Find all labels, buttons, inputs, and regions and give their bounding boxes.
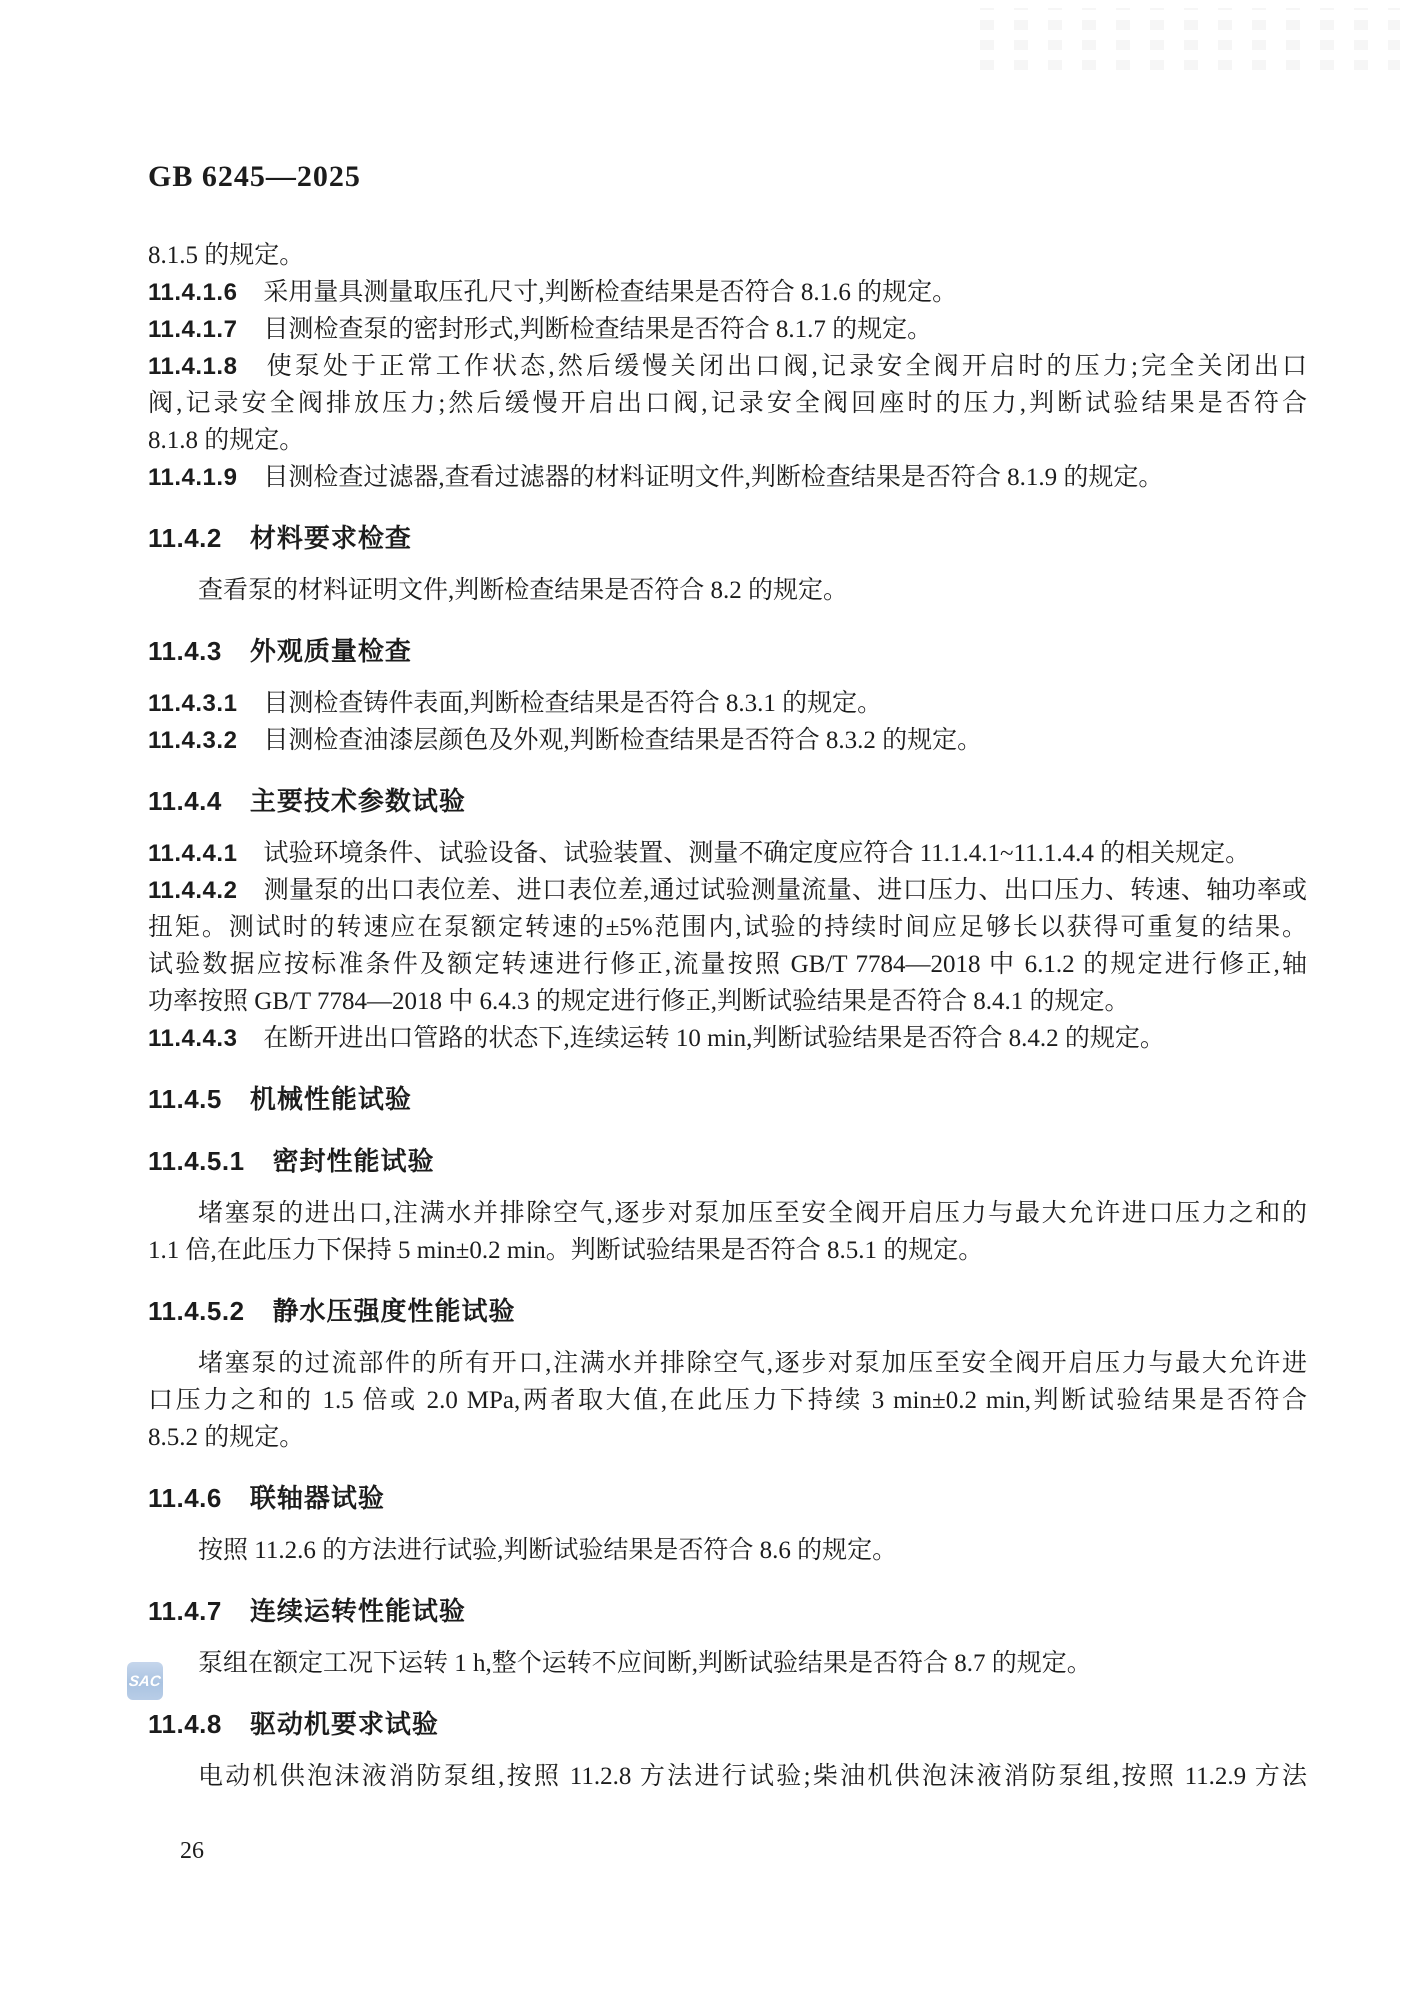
- section-number: 11.4.5.1: [148, 1146, 245, 1176]
- clause-block: 11.4.4.3在断开进出口管路的状态下,连续运转 10 min,判断试验结果是…: [148, 1020, 1307, 1057]
- body-line: 泵组在额定工况下运转 1 h,整个运转不应间断,判断试验结果是否符合 8.7 的…: [148, 1645, 1307, 1682]
- section-title: 主要技术参数试验: [250, 786, 466, 816]
- section-heading: 11.4.3外观质量检查: [148, 633, 1307, 671]
- clause-block: 11.4.3.2目测检查油漆层颜色及外观,判断检查结果是否符合 8.3.2 的规…: [148, 722, 1307, 759]
- body-line: 11.4.4.2测量泵的出口表位差、进口表位差,通过试验测量流量、进口压力、出口…: [148, 872, 1307, 909]
- body-line: 试验数据应按标准条件及额定转速进行修正,流量按照 GB/T 7784—2018 …: [148, 946, 1307, 983]
- body-line: 功率按照 GB/T 7784—2018 中 6.4.3 的规定进行修正,判断试验…: [148, 983, 1307, 1020]
- clause-block: 11.4.3.1目测检查铸件表面,判断检查结果是否符合 8.3.1 的规定。: [148, 685, 1307, 722]
- clause-text: 目测检查泵的密封形式,判断检查结果是否符合 8.1.7 的规定。: [263, 316, 932, 343]
- section-title: 联轴器试验: [250, 1483, 385, 1513]
- body-line: 堵塞泵的进出口,注满水并排除空气,逐步对泵加压至安全阀开启压力与最大允许进口压力…: [148, 1195, 1307, 1232]
- body-line: 堵塞泵的过流部件的所有开口,注满水并排除空气,逐步对泵加压至安全阀开启压力与最大…: [148, 1345, 1307, 1382]
- section-title: 静水压强度性能试验: [273, 1296, 516, 1326]
- sac-watermark-logo: SAC: [127, 1662, 163, 1700]
- clause-text: 目测检查油漆层颜色及外观,判断检查结果是否符合 8.3.2 的规定。: [263, 727, 982, 754]
- section-heading: 11.4.4主要技术参数试验: [148, 783, 1307, 821]
- section-number: 11.4.7: [148, 1596, 222, 1626]
- clause-text: 试验环境条件、试验设备、试验装置、测量不确定度应符合 11.1.4.1~11.1…: [263, 840, 1250, 867]
- paragraph-block: 按照 11.2.6 的方法进行试验,判断试验结果是否符合 8.6 的规定。: [148, 1532, 1307, 1569]
- content-column: 8.1.5 的规定。11.4.1.6采用量具测量取压孔尺寸,判断检查结果是否符合…: [148, 237, 1307, 1795]
- section-number: 11.4.2: [148, 523, 222, 553]
- body-line: 8.1.5 的规定。: [148, 237, 1307, 274]
- body-line: 11.4.3.2目测检查油漆层颜色及外观,判断检查结果是否符合 8.3.2 的规…: [148, 722, 1307, 759]
- section-title: 驱动机要求试验: [250, 1709, 439, 1739]
- body-line: 11.4.1.6采用量具测量取压孔尺寸,判断检查结果是否符合 8.1.6 的规定…: [148, 274, 1307, 311]
- section-heading: 11.4.5机械性能试验: [148, 1081, 1307, 1119]
- body-line: 11.4.1.8使泵处于正常工作状态,然后缓慢关闭出口阀,记录安全阀开启时的压力…: [148, 348, 1307, 385]
- document-page: GB 6245—2025 8.1.5 的规定。11.4.1.6采用量具测量取压孔…: [0, 0, 1413, 2000]
- paragraph-block: 泵组在额定工况下运转 1 h,整个运转不应间断,判断试验结果是否符合 8.7 的…: [148, 1645, 1307, 1682]
- section-title: 外观质量检查: [250, 636, 412, 666]
- clause-number: 11.4.1.6: [148, 279, 237, 306]
- body-line: 8.5.2 的规定。: [148, 1419, 1307, 1456]
- clause-number: 11.4.4.3: [148, 1025, 237, 1052]
- section-heading: 11.4.2材料要求检查: [148, 520, 1307, 558]
- scan-artifact: [980, 8, 1400, 70]
- page-number: 26: [180, 1838, 204, 1865]
- body-line: 阀,记录安全阀排放压力;然后缓慢开启出口阀,记录安全阀回座时的压力,判断试验结果…: [148, 385, 1307, 422]
- paragraph-block: 8.1.5 的规定。: [148, 237, 1307, 274]
- body-line: 查看泵的材料证明文件,判断检查结果是否符合 8.2 的规定。: [148, 572, 1307, 609]
- clause-block: 11.4.1.6采用量具测量取压孔尺寸,判断检查结果是否符合 8.1.6 的规定…: [148, 274, 1307, 311]
- clause-text: 使泵处于正常工作状态,然后缓慢关闭出口阀,记录安全阀开启时的压力;完全关闭出口: [263, 353, 1307, 380]
- body-line: 8.1.8 的规定。: [148, 422, 1307, 459]
- section-heading: 11.4.6联轴器试验: [148, 1480, 1307, 1518]
- sac-watermark-text: SAC: [128, 1673, 161, 1690]
- clause-block: 11.4.4.1试验环境条件、试验设备、试验装置、测量不确定度应符合 11.1.…: [148, 835, 1307, 872]
- section-heading: 11.4.5.2静水压强度性能试验: [148, 1293, 1307, 1331]
- clause-number: 11.4.1.7: [148, 316, 237, 343]
- clause-number: 11.4.1.9: [148, 464, 237, 491]
- section-title: 机械性能试验: [250, 1084, 412, 1114]
- clause-number: 11.4.4.1: [148, 840, 237, 867]
- clause-number: 11.4.3.1: [148, 690, 237, 717]
- clause-block: 11.4.1.7目测检查泵的密封形式,判断检查结果是否符合 8.1.7 的规定。: [148, 311, 1307, 348]
- clause-text: 测量泵的出口表位差、进口表位差,通过试验测量流量、进口压力、出口压力、转速、轴功…: [263, 877, 1307, 904]
- body-line: 按照 11.2.6 的方法进行试验,判断试验结果是否符合 8.6 的规定。: [148, 1532, 1307, 1569]
- section-title: 材料要求检查: [250, 523, 412, 553]
- section-heading: 11.4.8驱动机要求试验: [148, 1706, 1307, 1744]
- standard-number-header: GB 6245—2025: [148, 160, 361, 194]
- body-line: 11.4.4.3在断开进出口管路的状态下,连续运转 10 min,判断试验结果是…: [148, 1020, 1307, 1057]
- clause-number: 11.4.3.2: [148, 727, 237, 754]
- paragraph-block: 查看泵的材料证明文件,判断检查结果是否符合 8.2 的规定。: [148, 572, 1307, 609]
- body-line: 11.4.1.9目测检查过滤器,查看过滤器的材料证明文件,判断检查结果是否符合 …: [148, 459, 1307, 496]
- paragraph-block: 堵塞泵的过流部件的所有开口,注满水并排除空气,逐步对泵加压至安全阀开启压力与最大…: [148, 1345, 1307, 1456]
- section-title: 连续运转性能试验: [250, 1596, 466, 1626]
- clause-text: 目测检查铸件表面,判断检查结果是否符合 8.3.1 的规定。: [263, 690, 882, 717]
- body-line: 扭矩。测试时的转速应在泵额定转速的±5%范围内,试验的持续时间应足够长以获得可重…: [148, 909, 1307, 946]
- section-heading: 11.4.5.1密封性能试验: [148, 1143, 1307, 1181]
- clause-number: 11.4.4.2: [148, 877, 237, 904]
- clause-block: 11.4.1.9目测检查过滤器,查看过滤器的材料证明文件,判断检查结果是否符合 …: [148, 459, 1307, 496]
- body-line: 1.1 倍,在此压力下保持 5 min±0.2 min。判断试验结果是否符合 8…: [148, 1232, 1307, 1269]
- section-number: 11.4.6: [148, 1483, 222, 1513]
- body-line: 11.4.1.7目测检查泵的密封形式,判断检查结果是否符合 8.1.7 的规定。: [148, 311, 1307, 348]
- paragraph-block: 电动机供泡沫液消防泵组,按照 11.2.8 方法进行试验;柴油机供泡沫液消防泵组…: [148, 1758, 1307, 1795]
- clause-text: 采用量具测量取压孔尺寸,判断检查结果是否符合 8.1.6 的规定。: [263, 279, 957, 306]
- clause-text: 目测检查过滤器,查看过滤器的材料证明文件,判断检查结果是否符合 8.1.9 的规…: [263, 464, 1163, 491]
- section-number: 11.4.5: [148, 1084, 222, 1114]
- clause-block: 11.4.4.2测量泵的出口表位差、进口表位差,通过试验测量流量、进口压力、出口…: [148, 872, 1307, 1020]
- clause-block: 11.4.1.8使泵处于正常工作状态,然后缓慢关闭出口阀,记录安全阀开启时的压力…: [148, 348, 1307, 459]
- clause-number: 11.4.1.8: [148, 353, 237, 380]
- section-number: 11.4.8: [148, 1709, 222, 1739]
- paragraph-block: 堵塞泵的进出口,注满水并排除空气,逐步对泵加压至安全阀开启压力与最大允许进口压力…: [148, 1195, 1307, 1269]
- section-number: 11.4.3: [148, 636, 222, 666]
- section-title: 密封性能试验: [273, 1146, 435, 1176]
- clause-text: 在断开进出口管路的状态下,连续运转 10 min,判断试验结果是否符合 8.4.…: [263, 1025, 1164, 1052]
- section-number: 11.4.4: [148, 786, 222, 816]
- section-number: 11.4.5.2: [148, 1296, 245, 1326]
- body-line: 口压力之和的 1.5 倍或 2.0 MPa,两者取大值,在此压力下持续 3 mi…: [148, 1382, 1307, 1419]
- body-line: 电动机供泡沫液消防泵组,按照 11.2.8 方法进行试验;柴油机供泡沫液消防泵组…: [148, 1758, 1307, 1795]
- body-line: 11.4.4.1试验环境条件、试验设备、试验装置、测量不确定度应符合 11.1.…: [148, 835, 1307, 872]
- body-line: 11.4.3.1目测检查铸件表面,判断检查结果是否符合 8.3.1 的规定。: [148, 685, 1307, 722]
- section-heading: 11.4.7连续运转性能试验: [148, 1593, 1307, 1631]
